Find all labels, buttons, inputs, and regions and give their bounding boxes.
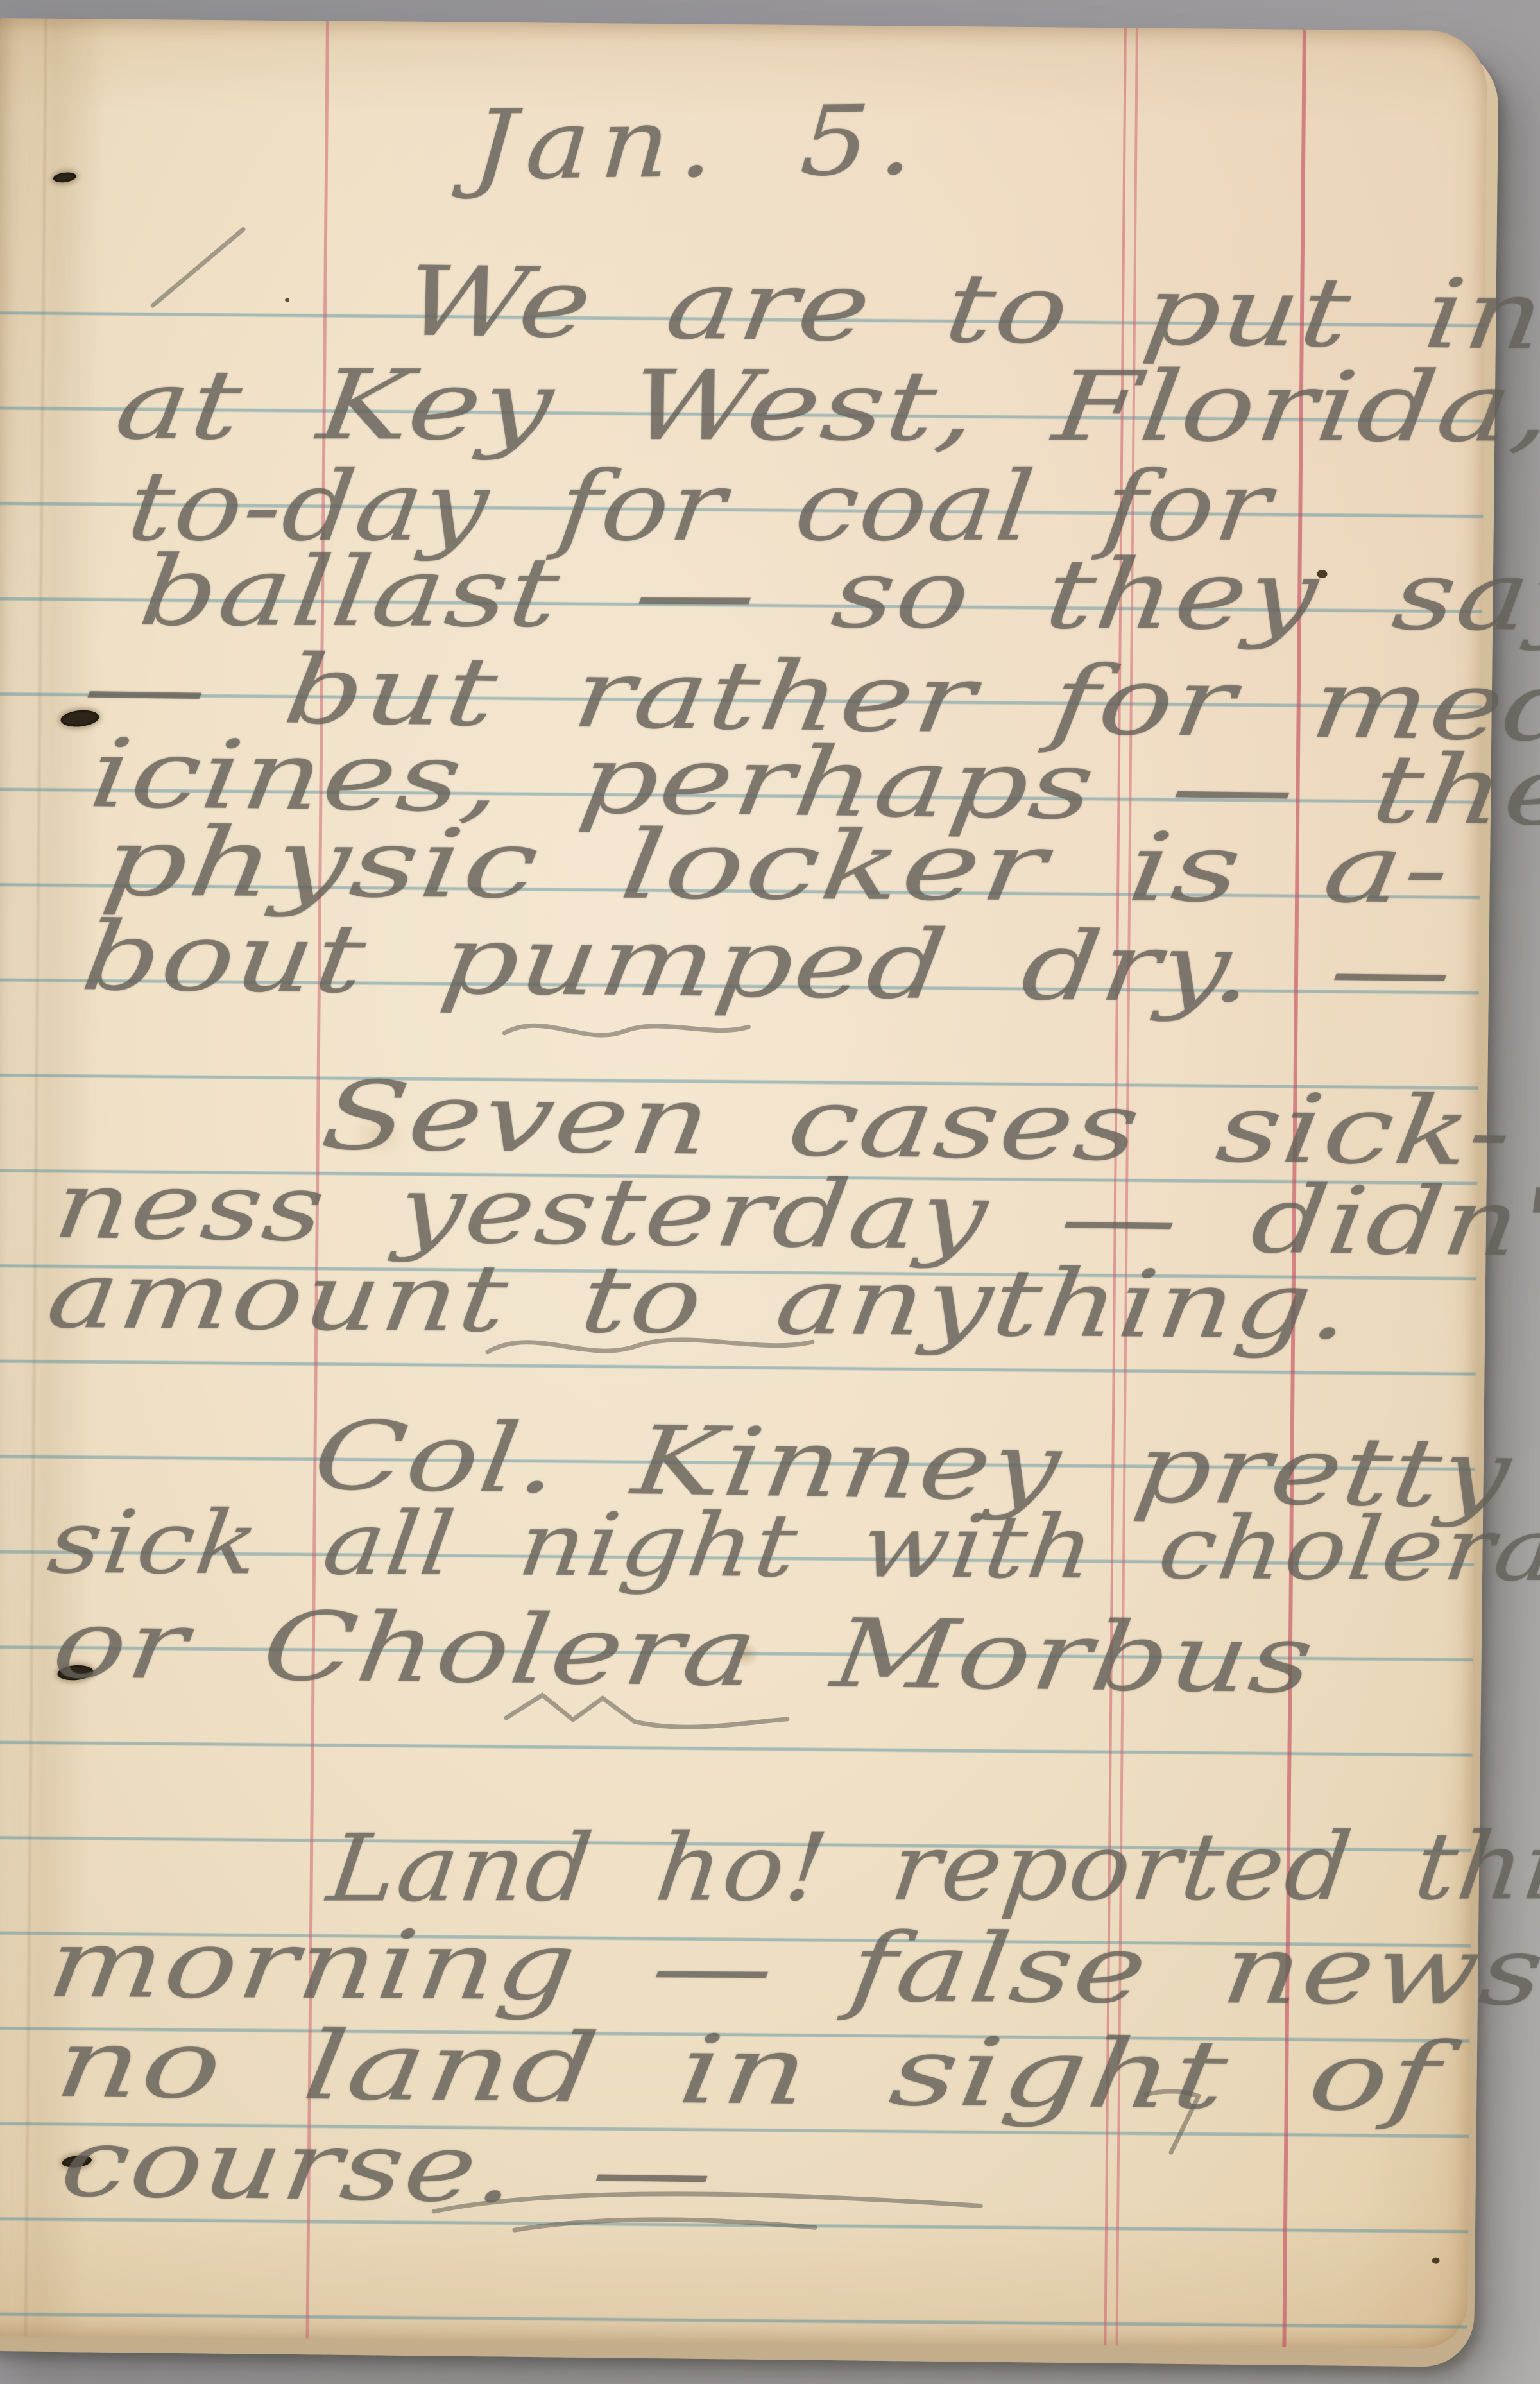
- diary-page: Jan. 5. We are to put in at Key West, Fl…: [0, 18, 1487, 2349]
- handwriting-line: physic locker is a-: [98, 815, 1457, 917]
- diagonal-tick-mark: [153, 228, 243, 306]
- handwriting-line: Land ho! reported this: [323, 1820, 1540, 1916]
- handwriting-line: or Cholera Morbus: [48, 1597, 1321, 1707]
- handwriting-line: bout pumped dry. —: [77, 909, 1459, 1018]
- handwriting-line: morning — false news —: [43, 1916, 1540, 2020]
- photo-background: Jan. 5. We are to put in at Key West, Fl…: [0, 0, 1540, 2384]
- ink-fleck: [285, 298, 289, 302]
- handwriting-line: ballast — so they say: [135, 544, 1540, 645]
- handwriting-line: course. —: [56, 2115, 721, 2219]
- handwriting-line: sick all night with cholera: [44, 1499, 1540, 1594]
- ink-fleck: [1432, 2258, 1440, 2264]
- handwriting-line: We are to put in: [399, 254, 1540, 364]
- handwriting-line: no land in sight of: [51, 2016, 1446, 2125]
- handwriting-line: amount to anything.: [42, 1249, 1357, 1353]
- date-heading: Jan. 5.: [470, 92, 927, 194]
- handwriting-line: at Key West, Florida,: [111, 357, 1540, 456]
